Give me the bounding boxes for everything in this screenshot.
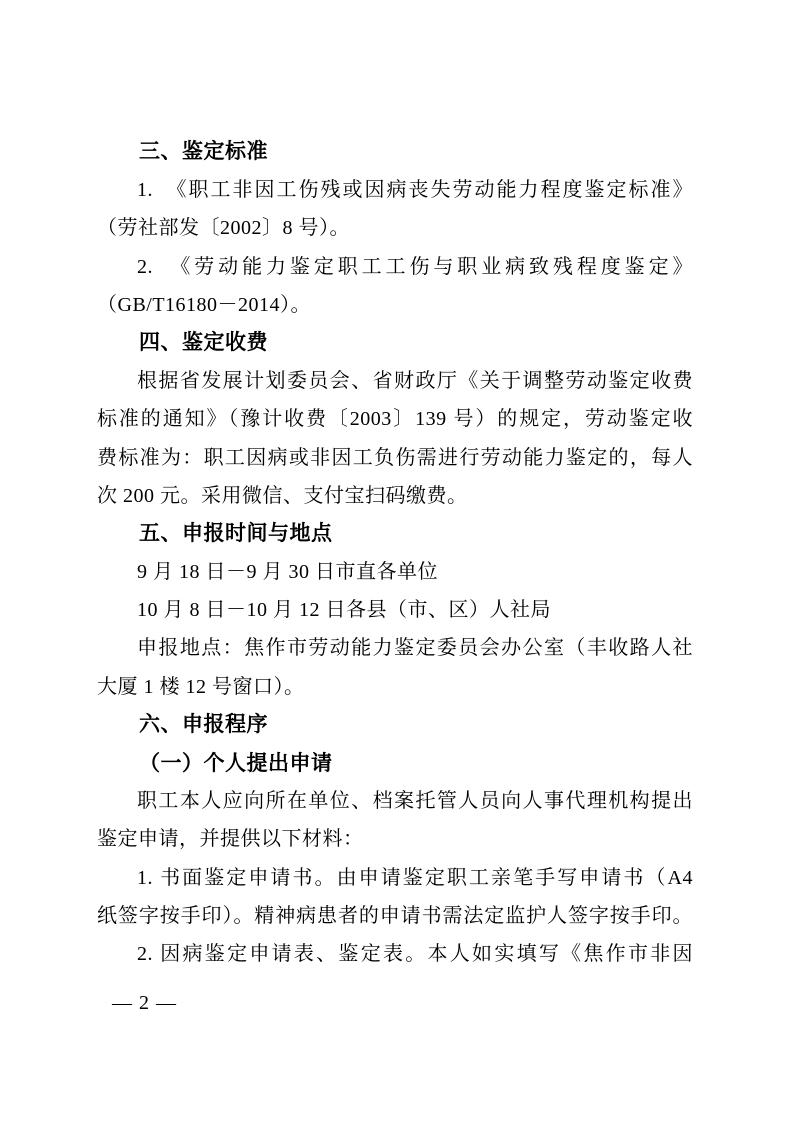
text-line: 1. 《职工非因工伤残或因病丧失劳动能力程度鉴定标准》 [97, 171, 693, 209]
section-heading: 五、申报时间与地点 [97, 515, 693, 553]
section-heading: 三、鉴定标准 [97, 133, 693, 171]
sub-heading: （一）个人提出申请 [97, 744, 693, 782]
page-number: — 2 — [112, 992, 177, 1015]
text-line: （劳社部发〔2002〕8 号）。 [97, 209, 693, 247]
section-heading: 四、鉴定收费 [97, 324, 693, 362]
text-line: 纸签字按手印）。精神病患者的申请书需法定监护人签字按手印。 [97, 897, 693, 935]
text-line: 9 月 18 日－9 月 30 日市直各单位 [97, 553, 693, 591]
text-line: 10 月 8 日－10 月 12 日各县（市、区）人社局 [97, 591, 693, 629]
text-line: 标准的通知》（豫计收费〔2003〕139 号）的规定，劳动鉴定收 [97, 400, 693, 438]
text-line: 2. 因病鉴定申请表、鉴定表。本人如实填写《焦作市非因 [97, 935, 693, 973]
text-line: 1. 书面鉴定申请书。由申请鉴定职工亲笔手写申请书（A4 [97, 859, 693, 897]
text-line: 鉴定申请，并提供以下材料： [97, 820, 693, 858]
text-line: （GB/T16180－2014）。 [97, 286, 693, 324]
text-line: 次 200 元。采用微信、支付宝扫码缴费。 [97, 477, 693, 515]
text-line: 职工本人应向所在单位、档案托管人员向人事代理机构提出 [97, 782, 693, 820]
text-line: 2. 《劳动能力鉴定职工工伤与职业病致残程度鉴定》 [97, 248, 693, 286]
text-line: 费标准为：职工因病或非因工负伤需进行劳动能力鉴定的，每人 [97, 439, 693, 477]
document-page: 三、鉴定标准1. 《职工非因工伤残或因病丧失劳动能力程度鉴定标准》（劳社部发〔2… [0, 0, 793, 1122]
section-heading: 六、申报程序 [97, 706, 693, 744]
document-content: 三、鉴定标准1. 《职工非因工伤残或因病丧失劳动能力程度鉴定标准》（劳社部发〔2… [97, 133, 693, 973]
text-line: 申报地点：焦作市劳动能力鉴定委员会办公室（丰收路人社 [97, 629, 693, 667]
text-line: 根据省发展计划委员会、省财政厅《关于调整劳动鉴定收费 [97, 362, 693, 400]
text-line: 大厦 1 楼 12 号窗口）。 [97, 668, 693, 706]
